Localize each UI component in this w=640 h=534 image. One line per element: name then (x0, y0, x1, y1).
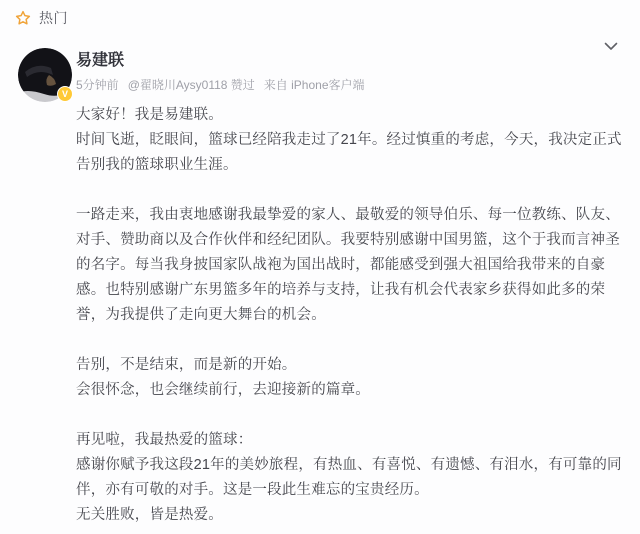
post-source[interactable]: 来自 iPhone客户端 (264, 78, 365, 92)
chevron-down-icon[interactable] (604, 42, 618, 51)
post-paragraph: 会很怀念，也会继续前行，去迎接新的篇章。 (76, 378, 622, 403)
post-body: 大家好！我是易建联。时间飞逝，眨眼间，篮球已经陪我走过了21年。经过慎重的考虑，… (76, 103, 622, 528)
post-paragraph: 再见啦，我最热爱的篮球： (76, 428, 622, 453)
author-name[interactable]: 易建联 (76, 48, 622, 71)
post-content: 易建联 5分钟前 @翟晓川Aysy0118 赞过 来自 iPhone客户端 大家… (76, 48, 622, 528)
post-paragraph: 一路走来，我由衷地感谢我最挚爱的家人、最敬爱的领导伯乐、每一位教练、队友、对手、… (76, 203, 622, 328)
hot-tab-label[interactable]: 热门 (39, 8, 68, 28)
liked-by-link[interactable]: @翟晓川Aysy0118 赞过 (128, 78, 255, 92)
post-paragraph (76, 328, 622, 353)
post-paragraph: 感谢你赋予我这段21年的美妙旅程，有热血、有喜悦、有遗憾、有泪水，有可靠的同伴，… (76, 453, 622, 503)
topbar: 热门 (14, 8, 68, 28)
weibo-post-page: 热门 V 易建联 5分钟前 @翟晓川Aysy0118 赞过 来自 (0, 0, 640, 534)
avatar[interactable]: V (18, 48, 72, 102)
star-icon[interactable] (14, 9, 32, 27)
post-paragraph: 告别，不是结束，而是新的开始。 (76, 353, 622, 378)
post-paragraph (76, 178, 622, 203)
post-card: V 易建联 5分钟前 @翟晓川Aysy0118 赞过 来自 iPhone客户端 … (0, 48, 640, 528)
post-meta: 5分钟前 @翟晓川Aysy0118 赞过 来自 iPhone客户端 (76, 78, 622, 92)
post-paragraph: 大家好！我是易建联。 (76, 103, 622, 128)
post-paragraph: 时间飞逝，眨眼间，篮球已经陪我走过了21年。经过慎重的考虑，今天，我决定正式告别… (76, 128, 622, 178)
post-paragraph (76, 403, 622, 428)
post-timestamp: 5分钟前 (76, 78, 119, 92)
post-paragraph: 无关胜败，皆是热爱。 (76, 503, 622, 528)
verified-badge-icon: V (58, 87, 72, 101)
